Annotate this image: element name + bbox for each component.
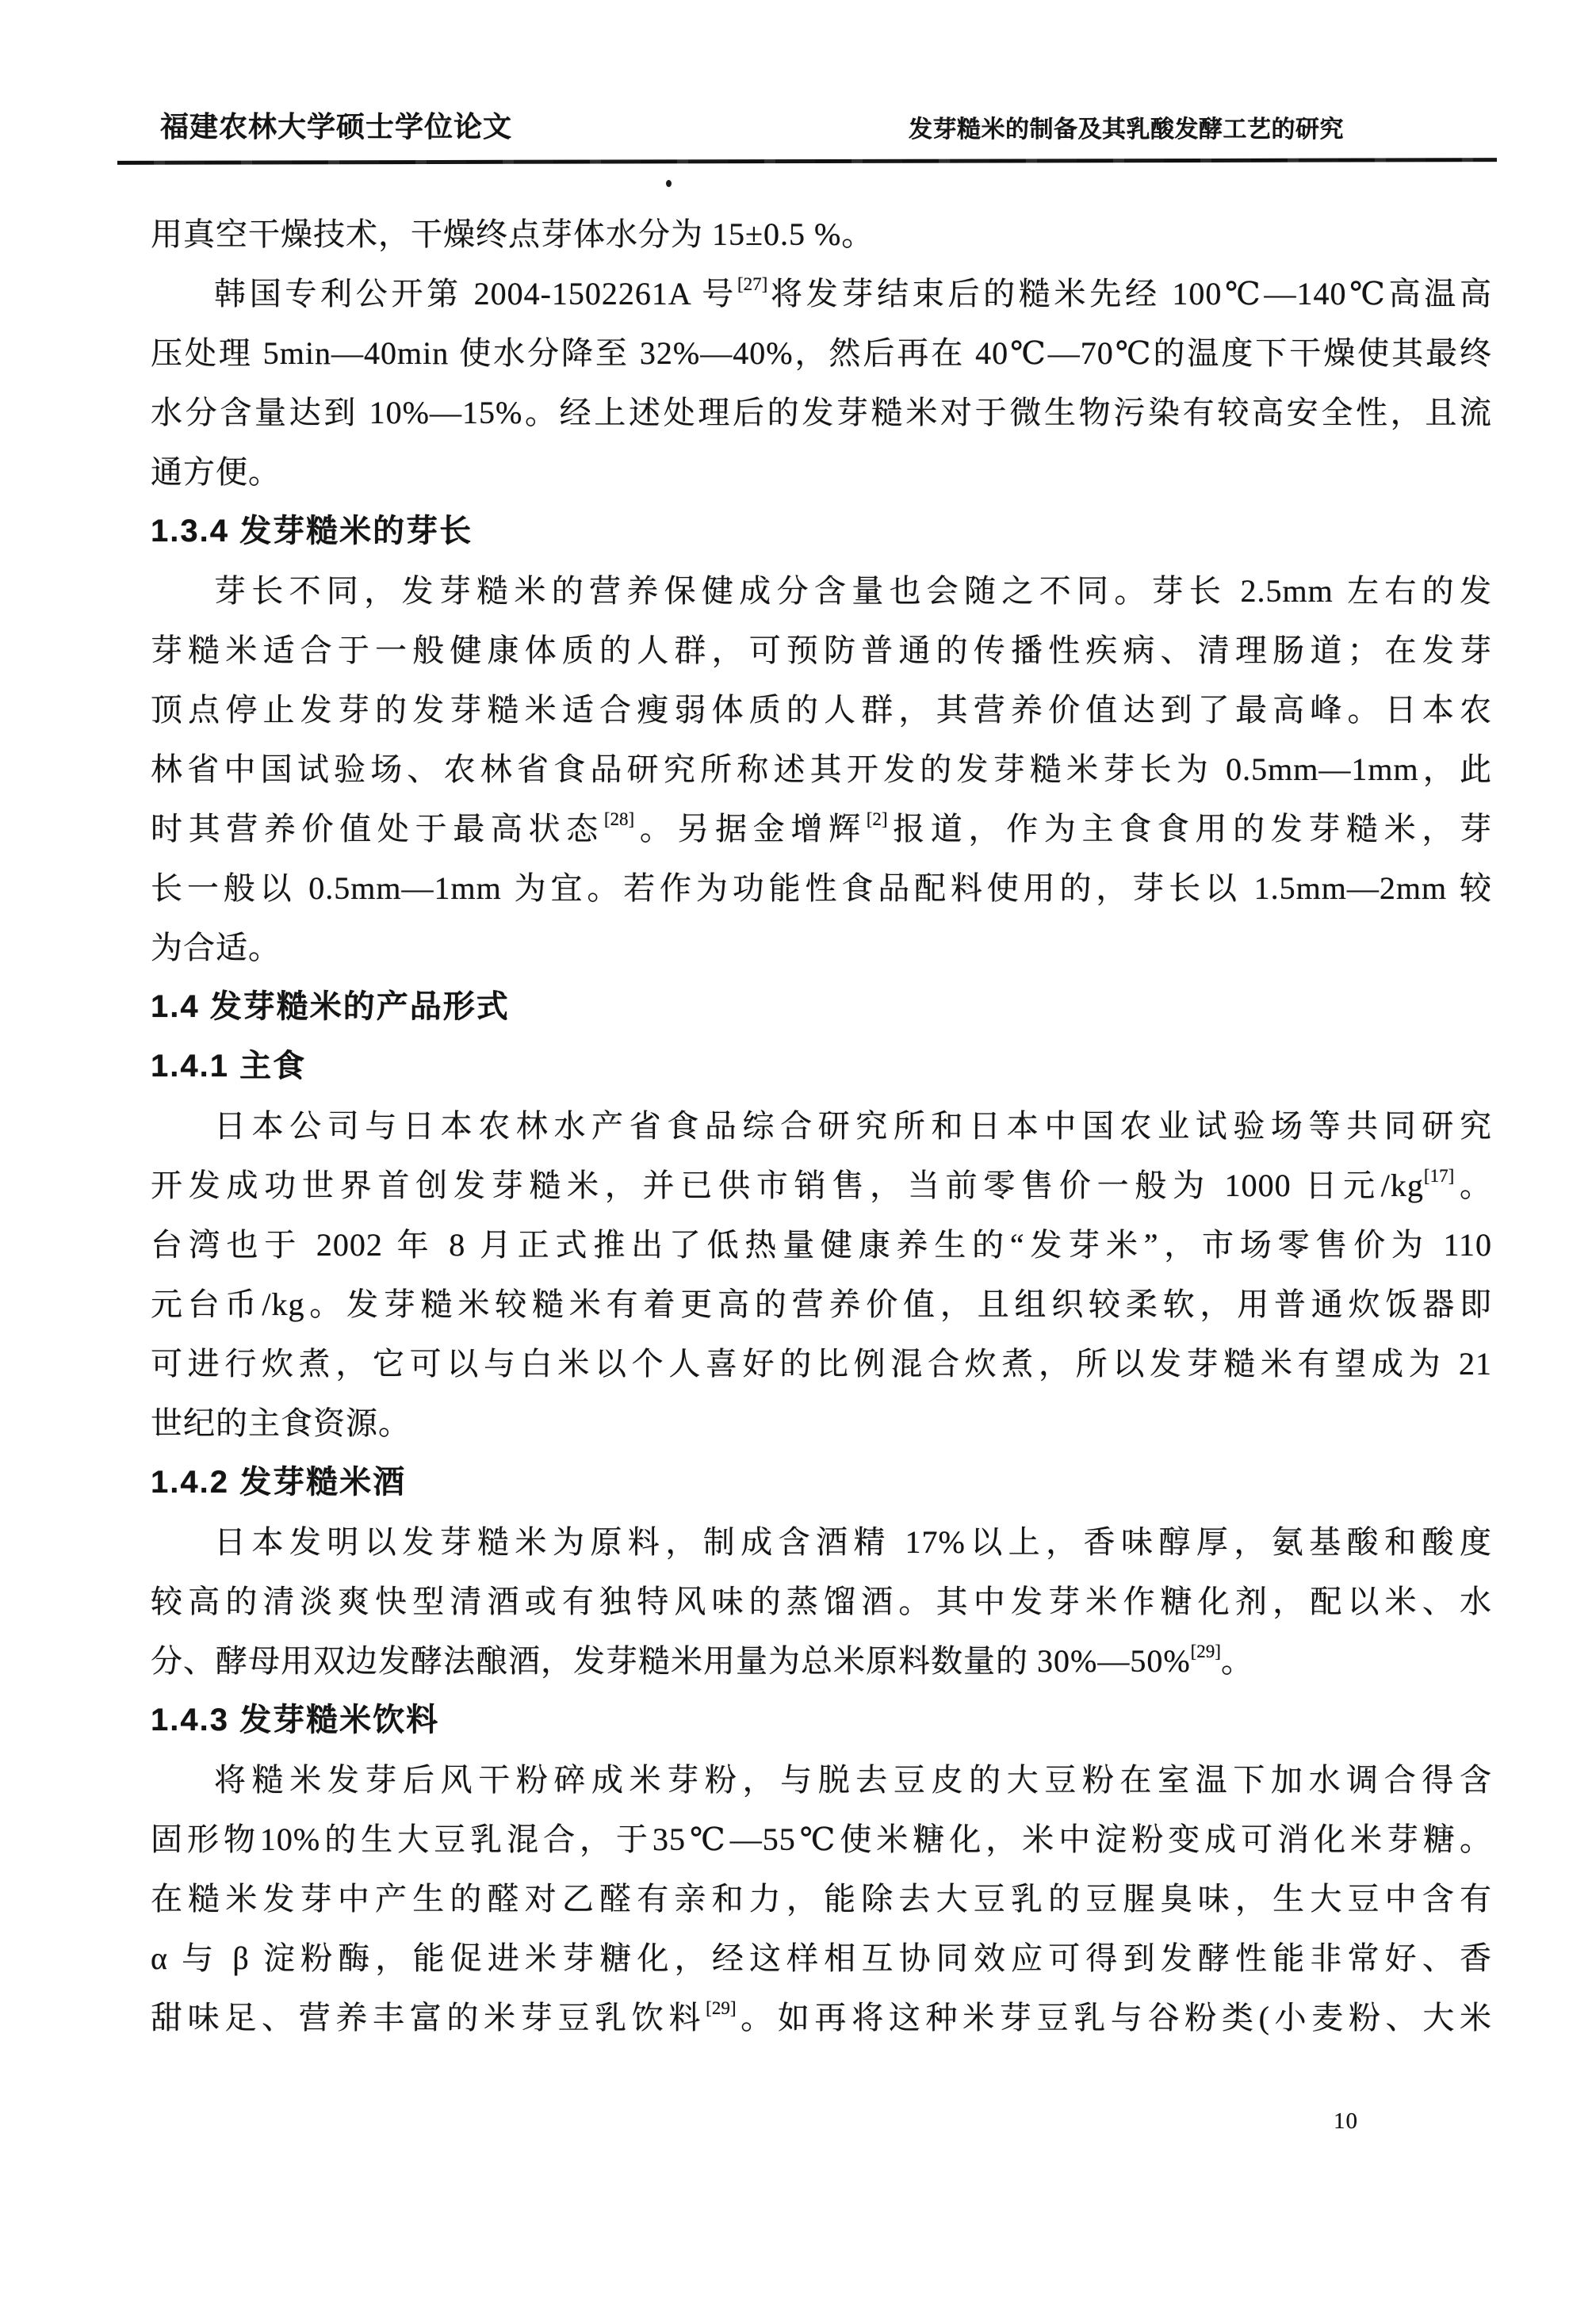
text-line: 芽糙米适合于一般健康体质的人群，可预防普通的传播性疾病、清理肠道；在发芽	[151, 621, 1492, 680]
text-segment: 台湾也于 2002 年 8 月正式推出了低热量健康养生的“发芽米”，市场零售价为…	[151, 1227, 1492, 1263]
reference-superscript: [17]	[1424, 1166, 1454, 1186]
text-line: 时其营养价值处于最高状态[28]。另据金增辉[2]报道，作为主食食用的发芽糙米，…	[151, 799, 1492, 858]
text-line: 甜味足、营养丰富的米芽豆乳饮料[29]。如再将这种米芽豆乳与谷粉类(小麦粉、大米	[151, 1988, 1492, 2047]
text-segment: 韩国专利公开第 2004-1502261A 号	[214, 276, 737, 312]
text-segment: 日本公司与日本农林水产省食品综合研究所和日本中国农业试验场等共同研究	[214, 1108, 1492, 1144]
text-segment: 芽长不同，发芽糙米的营养保健成分含量也会随之不同。芽长 2.5mm 左右的发	[214, 573, 1492, 609]
text-segment: 世纪的主食资源。	[151, 1405, 411, 1441]
text-line: 将糙米发芽后风干粉碎成米芽粉，与脱去豆皮的大豆粉在室温下加水调合得含	[151, 1750, 1492, 1810]
text-line: 世纪的主食资源。	[151, 1393, 1492, 1453]
reference-superscript: [2]	[867, 809, 888, 829]
text-segment: 元台币/kg。发芽糙米较糙米有着更高的营养价值，且组织较柔软，用普通炊饭器即	[151, 1286, 1492, 1322]
text-segment: 1.4 发芽糙米的产品形式	[151, 989, 510, 1024]
section-heading: 1.3.4 发芽糙米的芽长	[151, 502, 1492, 561]
text-line: 日本公司与日本农林水产省食品综合研究所和日本中国农业试验场等共同研究	[151, 1096, 1492, 1156]
text-segment: 林省中国试验场、农林省食品研究所称述其开发的发芽糙米芽长为 0.5mm—1mm，…	[151, 751, 1492, 787]
text-segment: 1.3.4 发芽糙米的芽长	[151, 514, 473, 549]
text-segment: α 与 β 淀粉酶，能促进米芽糖化，经这样相互协同效应可得到发酵性能非常好、香	[151, 1940, 1492, 1976]
text-line: 元台币/kg。发芽糙米较糙米有着更高的营养价值，且组织较柔软，用普通炊饭器即	[151, 1275, 1492, 1334]
text-segment: 1.4.2 发芽糙米酒	[151, 1465, 406, 1500]
reference-superscript: [27]	[737, 274, 767, 294]
text-segment: 将糙米发芽后风干粉碎成米芽粉，与脱去豆皮的大豆粉在室温下加水调合得含	[214, 1762, 1492, 1798]
text-segment: 水分含量达到 10%—15%。经上述处理后的发芽糙米对于微生物污染有较高安全性，…	[151, 395, 1492, 430]
text-segment: 。	[1221, 1643, 1253, 1679]
text-line: 压处理 5min—40min 使水分降至 32%—40%，然后再在 40℃—70…	[151, 323, 1492, 383]
running-head-right: 发芽糙米的制备及其乳酸发酵工艺的研究	[909, 109, 1344, 144]
section-heading: 1.4 发芽糙米的产品形式	[151, 977, 1492, 1037]
text-line: 用真空干燥技术，干燥终点芽体水分为 15±0.5 %。	[151, 204, 1492, 264]
text-line: 较高的清淡爽快型清酒或有独特风味的蒸馏酒。其中发芽米作糖化剂，配以米、水	[151, 1572, 1492, 1631]
section-heading: 1.4.1 主食	[151, 1037, 1492, 1096]
section-heading: 1.4.3 发芽糙米饮料	[151, 1691, 1492, 1750]
text-line: 分、酵母用双边发酵法酿酒，发芽糙米用量为总米原料数量的 30%—50%[29]。	[151, 1631, 1492, 1691]
text-segment: 将发芽结束后的糙米先经 100℃—140℃高温高	[767, 276, 1492, 312]
thesis-page: 福建农林大学硕士学位论文 发芽糙米的制备及其乳酸发酵工艺的研究 用真空干燥技术，…	[0, 0, 1592, 2324]
text-line: 通方便。	[151, 442, 1492, 502]
text-segment: 开发成功世界首创发芽糙米，并已供市销售，当前零售价一般为 1000 日元/kg	[151, 1168, 1424, 1203]
text-line: 日本发明以发芽糙米为原料，制成含酒精 17%以上，香味醇厚，氨基酸和酸度	[151, 1512, 1492, 1572]
text-line: α 与 β 淀粉酶，能促进米芽糖化，经这样相互协同效应可得到发酵性能非常好、香	[151, 1928, 1492, 1988]
text-segment: 压处理 5min—40min 使水分降至 32%—40%，然后再在 40℃—70…	[151, 335, 1492, 371]
text-segment: 固形物10%的生大豆乳混合，于35℃—55℃使米糖化，米中淀粉变成可消化米芽糖。	[151, 1821, 1492, 1857]
text-segment: 甜味足、营养丰富的米芽豆乳饮料	[151, 2000, 706, 2035]
text-segment: 长一般以 0.5mm—1mm 为宜。若作为功能性食品配料使用的，芽长以 1.5m…	[151, 870, 1492, 906]
text-segment: 为合适。	[151, 930, 281, 965]
text-segment: 通方便。	[151, 454, 281, 490]
text-segment: 。另据金增辉	[634, 811, 867, 847]
text-line: 长一般以 0.5mm—1mm 为宜。若作为功能性食品配料使用的，芽长以 1.5m…	[151, 858, 1492, 918]
text-line: 韩国专利公开第 2004-1502261A 号[27]将发芽结束后的糙米先经 1…	[151, 264, 1492, 323]
text-segment: 1.4.3 发芽糙米饮料	[151, 1703, 439, 1737]
text-line: 为合适。	[151, 918, 1492, 977]
scan-artifact-dot	[666, 180, 672, 187]
section-heading: 1.4.2 发芽糙米酒	[151, 1453, 1492, 1512]
text-line: 可进行炊煮，它可以与白米以个人喜好的比例混合炊煮，所以发芽糙米有望成为 21	[151, 1334, 1492, 1393]
text-segment: 分、酵母用双边发酵法酿酒，发芽糙米用量为总米原料数量的 30%—50%	[151, 1643, 1191, 1679]
text-line: 水分含量达到 10%—15%。经上述处理后的发芽糙米对于微生物污染有较高安全性，…	[151, 383, 1492, 442]
text-segment: 。	[1454, 1168, 1492, 1203]
text-segment: 1.4.1 主食	[151, 1049, 306, 1084]
reference-superscript: [28]	[604, 809, 634, 829]
text-segment: 用真空干燥技术，干燥终点芽体水分为 15±0.5 %。	[151, 216, 874, 252]
text-segment: 芽糙米适合于一般健康体质的人群，可预防普通的传播性疾病、清理肠道；在发芽	[151, 633, 1492, 668]
text-segment: 。如再将这种米芽豆乳与谷粉类(小麦粉、大米	[736, 2000, 1492, 2035]
text-line: 台湾也于 2002 年 8 月正式推出了低热量健康养生的“发芽米”，市场零售价为…	[151, 1215, 1492, 1275]
text-segment: 在糙米发芽中产生的醛对乙醛有亲和力，能除去大豆乳的豆腥臭味，生大豆中含有	[151, 1881, 1492, 1917]
text-line: 开发成功世界首创发芽糙米，并已供市销售，当前零售价一般为 1000 日元/kg[…	[151, 1156, 1492, 1215]
header-rule	[117, 158, 1497, 165]
text-line: 在糙米发芽中产生的醛对乙醛有亲和力，能除去大豆乳的豆腥臭味，生大豆中含有	[151, 1869, 1492, 1928]
text-segment: 日本发明以发芽糙米为原料，制成含酒精 17%以上，香味醇厚，氨基酸和酸度	[214, 1524, 1492, 1560]
text-segment: 可进行炊煮，它可以与白米以个人喜好的比例混合炊煮，所以发芽糙米有望成为 21	[151, 1346, 1492, 1382]
reference-superscript: [29]	[706, 1998, 736, 2018]
running-head-left: 福建农林大学硕士学位论文	[160, 105, 512, 145]
text-line: 芽长不同，发芽糙米的营养保健成分含量也会随之不同。芽长 2.5mm 左右的发	[151, 561, 1492, 621]
text-line: 林省中国试验场、农林省食品研究所称述其开发的发芽糙米芽长为 0.5mm—1mm，…	[151, 740, 1492, 799]
text-segment: 顶点停止发芽的发芽糙米适合瘦弱体质的人群，其营养价值达到了最高峰。日本农	[151, 692, 1492, 728]
page-number: 10	[1334, 2108, 1358, 2135]
text-segment: 时其营养价值处于最高状态	[151, 811, 604, 847]
document-body: 用真空干燥技术，干燥终点芽体水分为 15±0.5 %。韩国专利公开第 2004-…	[151, 204, 1492, 2047]
text-line: 顶点停止发芽的发芽糙米适合瘦弱体质的人群，其营养价值达到了最高峰。日本农	[151, 680, 1492, 740]
text-segment: 较高的清淡爽快型清酒或有独特风味的蒸馏酒。其中发芽米作糖化剂，配以米、水	[151, 1584, 1492, 1619]
text-segment: 报道，作为主食食用的发芽糙米，芽	[888, 811, 1492, 847]
reference-superscript: [29]	[1191, 1642, 1221, 1661]
text-line: 固形物10%的生大豆乳混合，于35℃—55℃使米糖化，米中淀粉变成可消化米芽糖。	[151, 1810, 1492, 1869]
